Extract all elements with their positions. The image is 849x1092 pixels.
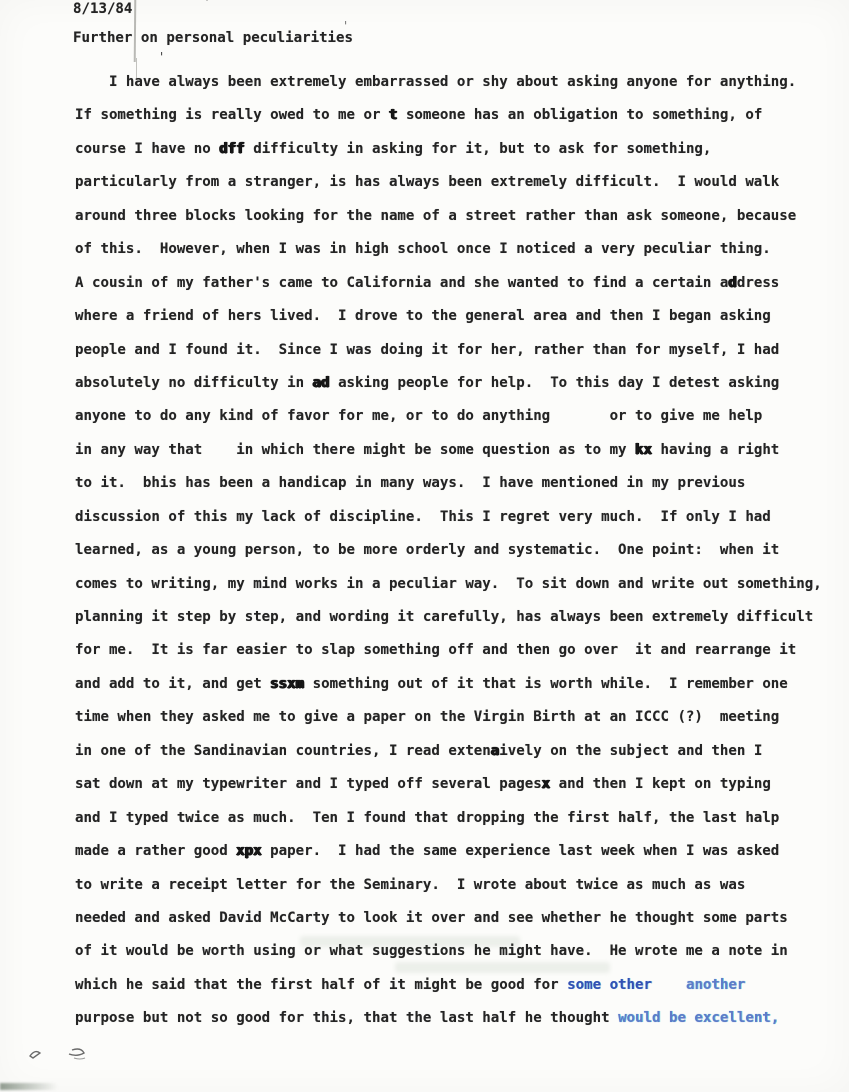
erased-text-ghost bbox=[300, 936, 520, 947]
typewritten-line: learned, as a young person, to be more o… bbox=[75, 534, 822, 567]
typewritten-line: discussion of this my lack of discipline… bbox=[75, 501, 822, 534]
typewritten-line: for me. It is far easier to slap somethi… bbox=[75, 634, 822, 667]
typewritten-line: time when they asked me to give a paper … bbox=[75, 701, 822, 734]
typewritten-line: where a friend of hers lived. I drove to… bbox=[75, 300, 822, 333]
typewritten-line: around three blocks looking for the name… bbox=[75, 200, 822, 233]
typewritten-line: comes to writing, my mind works in a pec… bbox=[75, 568, 822, 601]
typewritten-line: A cousin of my father's came to Californ… bbox=[75, 267, 822, 300]
pen-scribble-marks bbox=[14, 1038, 124, 1078]
typewritten-line: sat down at my typewriter and I typed of… bbox=[75, 768, 822, 801]
typewritten-line: to write a receipt letter for the Semina… bbox=[75, 869, 822, 902]
typewritten-line: and add to it, and get ssxm something ou… bbox=[75, 668, 822, 701]
typewritten-line: which he said that the first half of it … bbox=[75, 969, 822, 1002]
typewritten-line: If something is really owed to me or t s… bbox=[75, 99, 822, 132]
typewritten-line: people and I found it. Since I was doing… bbox=[75, 334, 822, 367]
document-page: 8/13/84 Further on personal peculiaritie… bbox=[0, 0, 849, 1092]
scan-edge-smudge bbox=[0, 1083, 58, 1090]
typewritten-line: in any way that in which there might be … bbox=[75, 434, 822, 467]
ink-speck: ' bbox=[204, 0, 210, 8]
paper-crease-line bbox=[136, 58, 137, 80]
typewritten-line: planning it step by step, and wording it… bbox=[75, 601, 822, 634]
typewritten-line: anyone to do any kind of favor for me, o… bbox=[75, 400, 822, 433]
paper-crease-line bbox=[134, 0, 137, 62]
typewritten-line: absolutely no difficulty in ad asking pe… bbox=[75, 367, 822, 400]
typewritten-line: made a rather good xpx paper. I had the … bbox=[75, 835, 822, 868]
typewritten-line: I have always been extremely embarrassed… bbox=[75, 66, 822, 99]
typewritten-line: to it. bhis has been a handicap in many … bbox=[75, 467, 822, 500]
document-title: Further on personal peculiarities bbox=[73, 30, 353, 46]
erased-text-ghost bbox=[395, 962, 610, 973]
typewritten-line: in one of the Sandinavian countries, I r… bbox=[75, 735, 822, 768]
typewritten-line: of this. However, when I was in high sch… bbox=[75, 233, 822, 266]
typewritten-line: purpose but not so good for this, that t… bbox=[75, 1002, 822, 1035]
ink-speck: ' bbox=[342, 19, 349, 33]
typewritten-line: needed and asked David McCarty to look i… bbox=[75, 902, 822, 935]
typewritten-line: particularly from a stranger, is has alw… bbox=[75, 166, 822, 199]
ink-speck: ' bbox=[158, 50, 165, 64]
typewritten-line: and I typed twice as much. Ten I found t… bbox=[75, 802, 822, 835]
typewritten-line: course I have no dff difficulty in askin… bbox=[75, 133, 822, 166]
typewritten-text: I have always been extremely embarrassed… bbox=[75, 66, 822, 1036]
document-date: 8/13/84 bbox=[73, 1, 132, 17]
